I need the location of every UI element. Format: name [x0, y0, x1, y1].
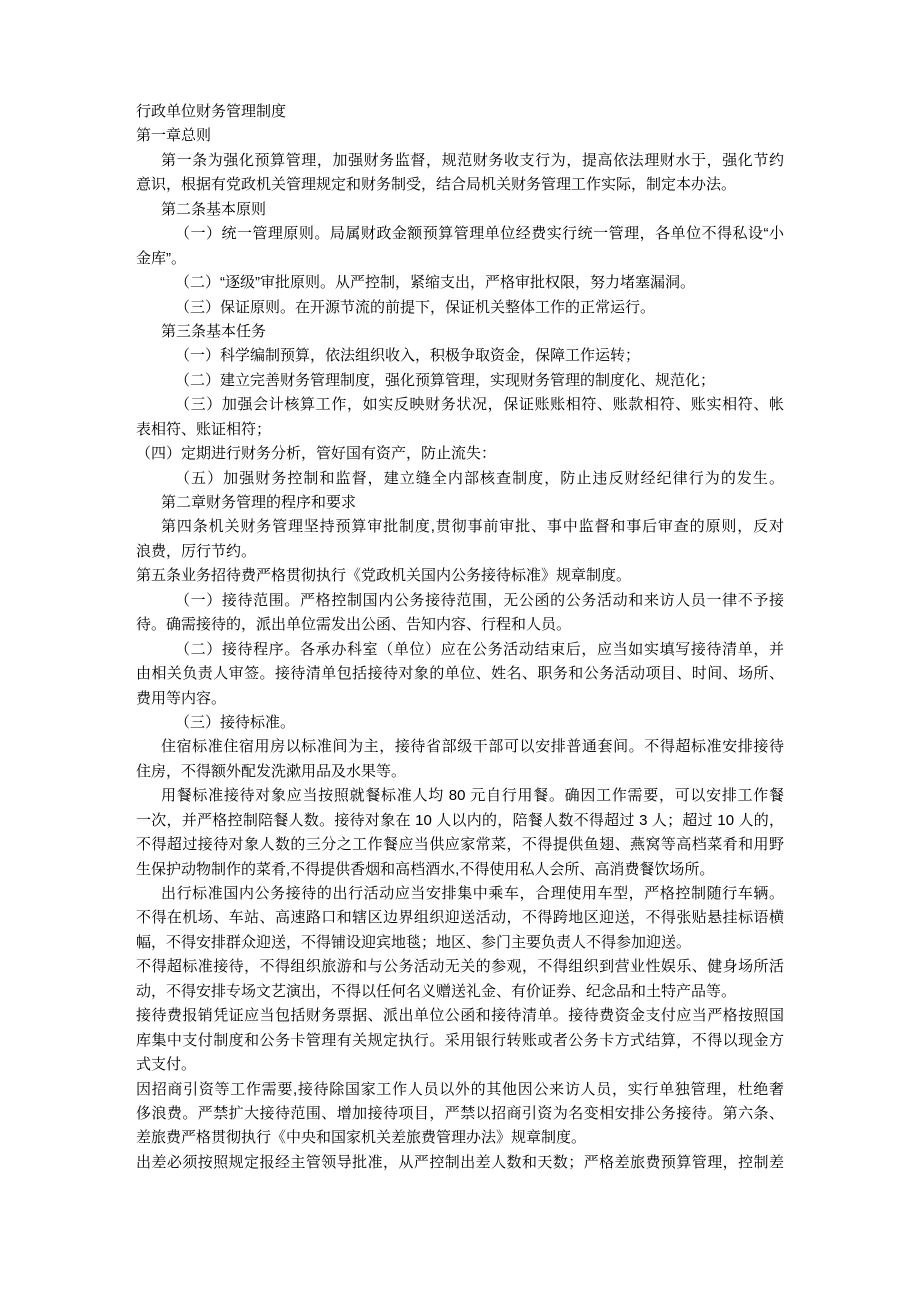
- text-line: 因招商引资等工作需要,接待除国家工作人员以外的其他因公来访人员，实行单独管理，杜…: [136, 1078, 784, 1102]
- text-line: 用餐标准接待对象应当按照就餐标准人均 80 元自行用餐。确因工作需要，可以安排工…: [136, 784, 784, 808]
- text-line: （二）建立完善财务管理制度，强化预算管理，实现财务管理的制度化、规范化；: [136, 369, 784, 393]
- text-line: 不得在机场、车站、高速路口和辖区边界组织迎送活动，不得跨地区迎送，不得张贴悬挂标…: [136, 906, 784, 930]
- text-line: （一）科学编制预算，依法组织收入，积极争取资金，保障工作运转；: [136, 344, 784, 368]
- text-line: 第二条基本原则: [136, 198, 784, 222]
- text-line: 住房，不得额外配发洗漱用品及水果等。: [136, 760, 784, 784]
- text-line: 库集中支付制度和公务卡管理有关规定执行。采用银行转账或者公务卡方式结算，不得以现…: [136, 1029, 784, 1053]
- text-line: 待。确需接待的，派出单位需发出公函、告知内容、行程和人员。: [136, 613, 784, 637]
- text-line: 第一章总则: [136, 124, 784, 148]
- document-text-block: 行政单位财务管理制度第一章总则第一条为强化预算管理，加强财务监督，规范财务收支行…: [136, 100, 784, 1175]
- text-line: （三）加强会计核算工作，如实反映财务状况，保证账账相符、账款相符、账实相符、帐: [136, 393, 784, 417]
- text-line: 式支付。: [136, 1053, 784, 1077]
- text-line: 由相关负责人审签。接待清单包括接待对象的单位、姓名、职务和公务活动项目、时间、场…: [136, 662, 784, 686]
- text-line: 出行标准国内公务接待的出行活动应当安排集中乘车，合理使用车型，严格控制随行车辆。: [136, 882, 784, 906]
- text-line: 差旅费严格贯彻执行《中央和国家机关差旅费管理办法》规章制度。: [136, 1126, 784, 1150]
- text-line: 不得超过接待对象人数的三分之工作餐应当供应家常菜，不得提供鱼翅、燕窝等高档菜肴和…: [136, 833, 784, 857]
- text-line: 出差必须按照规定报经主管领导批准，从严控制出差人数和天数；严格差旅费预算管理，控…: [136, 1151, 784, 1175]
- text-line: 第一条为强化预算管理，加强财务监督，规范财务收支行为，提高依法理财水于，强化节约: [136, 149, 784, 173]
- text-line: （一）统一管理原则。局属财政金额预算管理单位经费实行统一管理，各单位不得私设“小: [136, 222, 784, 246]
- text-line: 第五条业务招待费严格贯彻执行《党政机关国内公务接待标准》规章制度。: [136, 564, 784, 588]
- text-line: （一）接待范围。严格控制国内公务接待范围，无公函的公务活动和来访人员一律不予接: [136, 589, 784, 613]
- text-line: （二）“逐级”审批原则。从严控制，紧缩支出，严格审批权限，努力堵塞漏洞。: [136, 271, 784, 295]
- text-line: 浪费，厉行节约。: [136, 540, 784, 564]
- text-line: 意识，根据有党政机关管理规定和财务制受，结合局机关财务管理工作实际，制定本办法。: [136, 173, 784, 197]
- text-line: 幅，不得安排群众迎送，不得铺设迎宾地毯；地区、参门主要负责人不得参加迎送。: [136, 931, 784, 955]
- text-line: 一次，并严格控制陪餐人数。接待对象在 10 人以内的，陪餐人数不得超过 3 人；…: [136, 809, 784, 833]
- text-line: 生保护动物制作的菜肴,不得提供香烟和高档酒水,不得使用私人会所、高消费餐饮场所。: [136, 858, 784, 882]
- lines-container: 行政单位财务管理制度第一章总则第一条为强化预算管理，加强财务监督，规范财务收支行…: [136, 100, 784, 1175]
- text-line: （二）接待程序。各承办科室（单位）应在公务活动结束后，应当如实填写接待清单，并: [136, 638, 784, 662]
- text-line: （三）接待标准。: [136, 711, 784, 735]
- text-line: 第四条机关财务管理坚持预算审批制度,贯彻事前审批、事中监督和事后审查的原则，反对: [136, 515, 784, 539]
- text-line: 第三条基本任务: [136, 320, 784, 344]
- text-line: 行政单位财务管理制度: [136, 100, 784, 124]
- text-line: 接待费报销凭证应当包括财务票据、派出单位公函和接待清单。接待费资金支付应当严格按…: [136, 1004, 784, 1028]
- text-line: 第二章财务管理的程序和要求: [136, 491, 784, 515]
- document-page: 行政单位财务管理制度第一章总则第一条为强化预算管理，加强财务监督，规范财务收支行…: [0, 0, 920, 1301]
- text-line: 动，不得安排专场文艺演出，不得以任何名义赠送礼金、有价证券、纪念品和土特产品等。: [136, 980, 784, 1004]
- text-line: 侈浪费。严禁扩大接待范围、增加接待项目，严禁以招商引资为名变相安排公务接待。第六…: [136, 1102, 784, 1126]
- text-line: 金库”。: [136, 247, 784, 271]
- text-line: （三）保证原则。在开源节流的前提下，保证机关整体工作的正常运行。: [136, 296, 784, 320]
- text-line: （五）加强财务控制和监督，建立缝全内部核查制度，防止违反财经纪律行为的发生。: [136, 467, 784, 491]
- text-line: 住宿标准住宿用房以标准间为主，接待省部级干部可以安排普通套间。不得超标准安排接待: [136, 735, 784, 759]
- text-line: （四）定期进行财务分析，管好国有资产，防止流失：: [136, 442, 784, 466]
- text-line: 费用等内容。: [136, 687, 784, 711]
- text-line: 不得超标准接待，不得组织旅游和与公务活动无关的参观，不得组织到营业性娱乐、健身场…: [136, 955, 784, 979]
- text-line: 表相符、账证相符；: [136, 418, 784, 442]
